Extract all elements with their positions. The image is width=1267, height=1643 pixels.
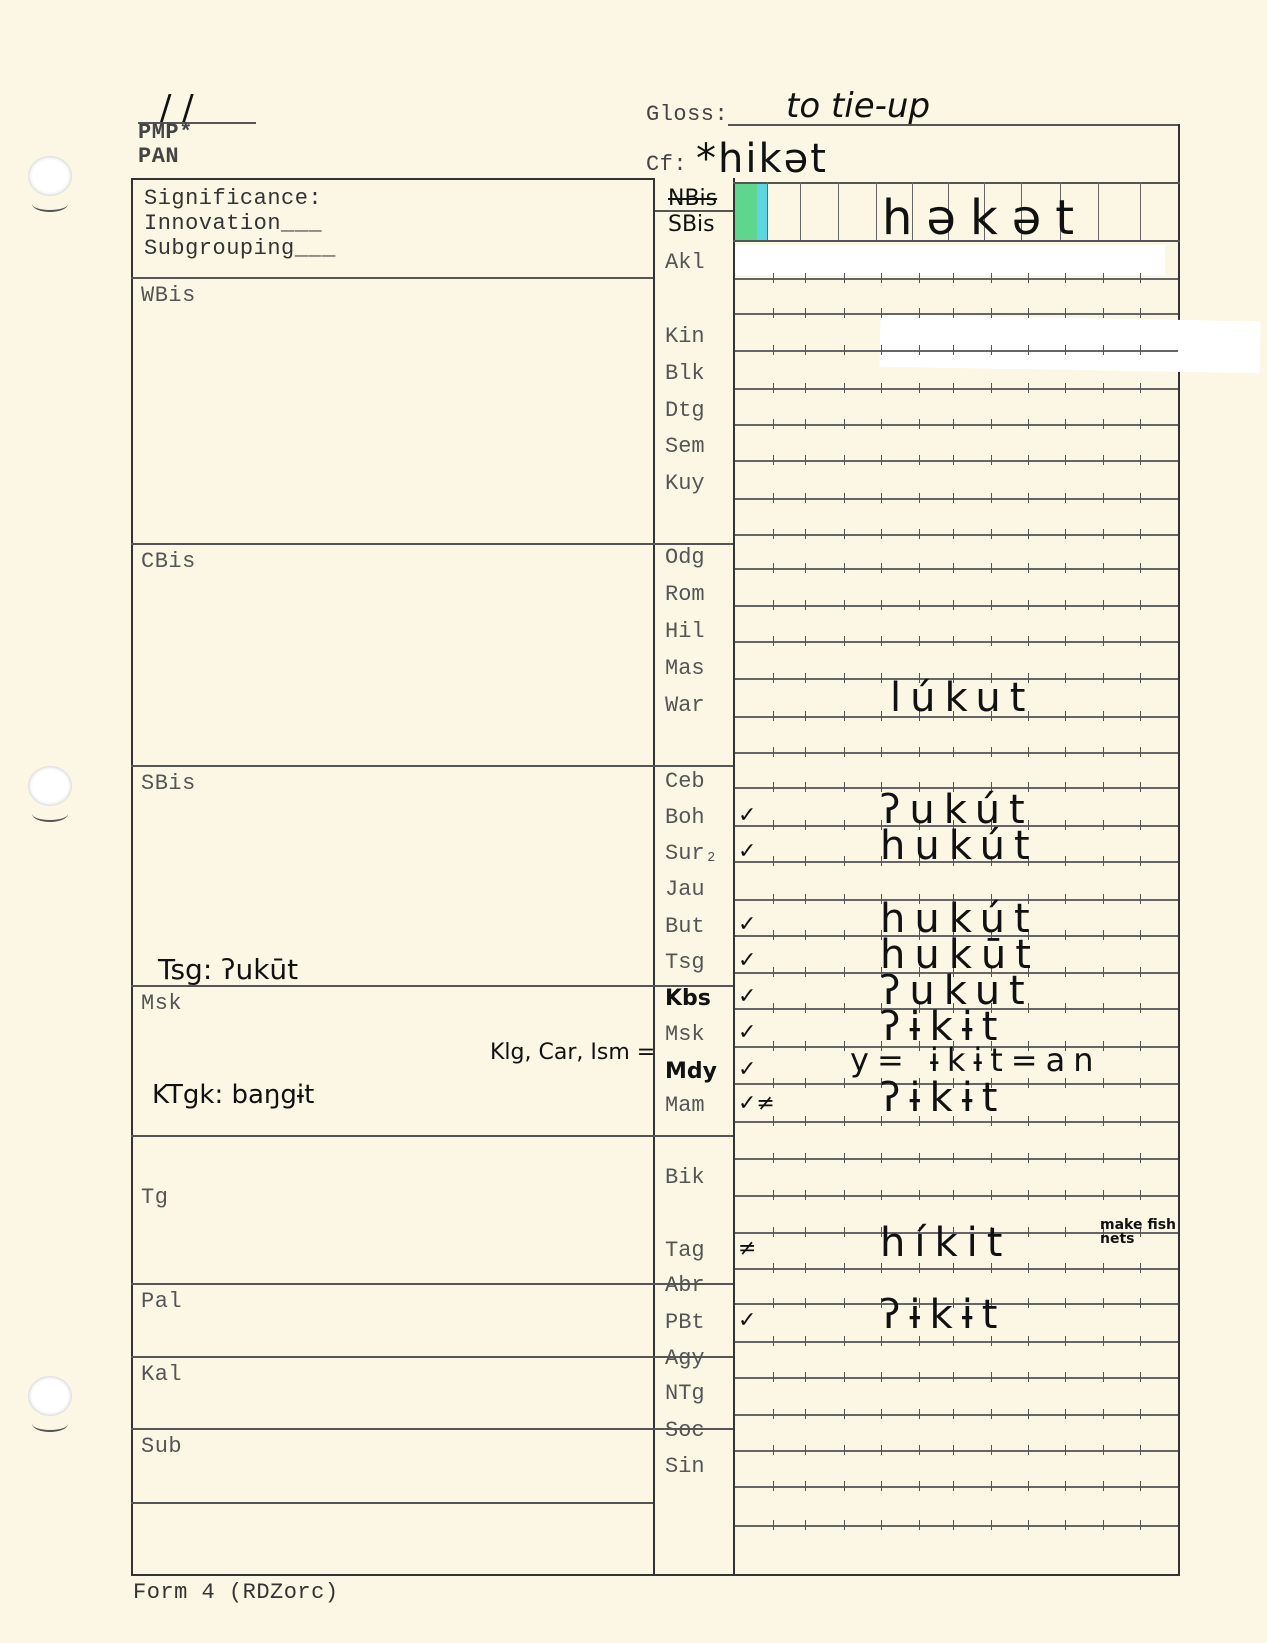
- top-row-form[interactable]: həkət: [882, 190, 1088, 246]
- ruled-tick: [881, 1520, 882, 1530]
- ruled-tick: [1103, 711, 1104, 721]
- section-note[interactable]: Tsg: ʔukūt: [158, 953, 298, 986]
- ruled-tick: [805, 1481, 806, 1491]
- ruled-tick: [881, 383, 882, 393]
- ruled-tick: [953, 345, 954, 355]
- reflex-form[interactable]: lúkut: [890, 675, 1034, 721]
- ruled-tick: [1065, 529, 1066, 539]
- ruled-tick: [805, 1298, 806, 1308]
- ruled-tick: [1028, 308, 1029, 318]
- ruled-tick: [1103, 600, 1104, 610]
- ruled-line: [735, 1268, 1178, 1270]
- ruled-tick: [1065, 747, 1066, 757]
- ruled-tick: [953, 493, 954, 503]
- ruled-tick: [773, 383, 774, 393]
- language-code: Tag: [665, 1238, 735, 1263]
- ruled-tick: [1028, 273, 1029, 283]
- check-mark-icon[interactable]: ≠: [738, 1236, 756, 1261]
- ruled-tick: [1065, 273, 1066, 283]
- ruled-tick: [805, 1078, 806, 1088]
- ruled-tick: [1065, 1190, 1066, 1200]
- ruled-tick: [991, 1520, 992, 1530]
- ruled-tick: [844, 1372, 845, 1382]
- ruled-tick: [953, 600, 954, 610]
- ruled-tick: [953, 308, 954, 318]
- ruled-tick: [1065, 1116, 1066, 1126]
- ruled-tick: [919, 529, 920, 539]
- ruled-tick: [805, 711, 806, 721]
- ruled-tick: [953, 1481, 954, 1491]
- check-mark-icon[interactable]: ✓: [738, 912, 756, 937]
- ruled-tick: [919, 1190, 920, 1200]
- language-code: Sur₂: [665, 841, 735, 866]
- ruled-tick: [991, 308, 992, 318]
- ruled-tick: [1103, 1445, 1104, 1455]
- ruled-tick: [805, 308, 806, 318]
- ruled-tick: [844, 856, 845, 866]
- ruled-tick: [991, 419, 992, 429]
- ruled-tick: [844, 1078, 845, 1088]
- ruled-tick: [1103, 455, 1104, 465]
- reflex-form[interactable]: ʔɨkɨt: [880, 1075, 1006, 1121]
- ruled-tick: [991, 747, 992, 757]
- ruled-tick: [919, 308, 920, 318]
- ruled-tick: [1140, 1481, 1141, 1491]
- ruled-tick: [919, 636, 920, 646]
- ruled-tick: [991, 345, 992, 355]
- ruled-tick: [1140, 563, 1141, 573]
- ruled-tick: [991, 493, 992, 503]
- ruled-tick: [844, 1227, 845, 1237]
- ruled-tick: [773, 419, 774, 429]
- ruled-tick: [1103, 1372, 1104, 1382]
- ruled-tick: [1028, 1263, 1029, 1273]
- binder-hole-shadow: [32, 196, 68, 212]
- ruled-tick: [881, 673, 882, 683]
- ruled-tick: [773, 930, 774, 940]
- ruled-tick: [773, 894, 774, 904]
- ruled-tick: [773, 308, 774, 318]
- ruled-tick: [1103, 856, 1104, 866]
- ruled-tick: [1028, 455, 1029, 465]
- ruled-tick: [919, 419, 920, 429]
- ruled-tick: [1103, 1190, 1104, 1200]
- ruled-tick: [1103, 1078, 1104, 1088]
- ruled-tick: [1103, 563, 1104, 573]
- ruled-tick: [844, 894, 845, 904]
- ruled-tick: [844, 711, 845, 721]
- language-code: Mdy: [665, 1059, 735, 1084]
- ruled-tick: [1028, 493, 1029, 503]
- grid-cell-divider: [1140, 182, 1141, 240]
- ruled-tick: [881, 308, 882, 318]
- language-code: Msk: [665, 1022, 735, 1047]
- form-footer-label: Form 4 (RDZorc): [133, 1580, 339, 1605]
- ruled-tick: [1103, 1153, 1104, 1163]
- gloss-note[interactable]: make fish nets: [1100, 1218, 1195, 1246]
- ruled-tick: [773, 1445, 774, 1455]
- ruled-tick: [1103, 419, 1104, 429]
- ruled-tick: [1103, 493, 1104, 503]
- grid-cell-divider: [767, 182, 768, 240]
- ruled-line: [735, 1525, 1178, 1527]
- ruled-tick: [991, 383, 992, 393]
- ruled-tick: [1065, 345, 1066, 355]
- check-mark-icon[interactable]: ✓: [738, 984, 756, 1009]
- ruled-tick: [1065, 930, 1066, 940]
- ruled-tick: [844, 563, 845, 573]
- ruled-tick: [773, 1263, 774, 1273]
- ruled-tick: [1140, 1190, 1141, 1200]
- ruled-tick: [919, 455, 920, 465]
- check-mark-icon[interactable]: ✓: [738, 839, 756, 864]
- innovation-field[interactable]: Innovation___: [144, 211, 322, 236]
- grid-cell-divider: [876, 182, 877, 240]
- ruled-tick: [881, 747, 882, 757]
- ruled-tick: [805, 455, 806, 465]
- ruled-tick: [953, 419, 954, 429]
- ruled-tick: [1103, 894, 1104, 904]
- ruled-tick: [1140, 820, 1141, 830]
- ruled-tick: [844, 1445, 845, 1455]
- ruled-tick: [1140, 1263, 1141, 1273]
- ruled-tick: [1028, 419, 1029, 429]
- binder-hole-top: [28, 156, 72, 196]
- ruled-tick: [991, 273, 992, 283]
- ruled-tick: [1140, 529, 1141, 539]
- ruled-tick: [805, 1336, 806, 1346]
- section-label: Msk: [141, 991, 182, 1016]
- check-mark-icon[interactable]: ✓: [738, 948, 756, 973]
- ruled-tick: [1065, 894, 1066, 904]
- subgrouping-field[interactable]: Subgrouping___: [144, 236, 336, 261]
- ruled-tick: [1140, 455, 1141, 465]
- ruled-tick: [805, 930, 806, 940]
- ruled-tick: [844, 345, 845, 355]
- ruled-tick: [1028, 1445, 1029, 1455]
- section-label: CBis: [141, 549, 196, 574]
- cf-value[interactable]: *hikət: [696, 136, 828, 182]
- ruled-tick: [1103, 1409, 1104, 1419]
- ruled-tick: [844, 782, 845, 792]
- ruled-tick: [1103, 383, 1104, 393]
- ruled-tick: [1028, 563, 1029, 573]
- ruled-tick: [773, 345, 774, 355]
- ruled-line: [735, 498, 1178, 500]
- check-mark-icon[interactable]: ✓≠: [738, 1091, 775, 1116]
- ruled-tick: [1140, 383, 1141, 393]
- ruled-tick: [805, 273, 806, 283]
- ruled-tick: [773, 636, 774, 646]
- section-label: Sub: [141, 1434, 182, 1459]
- gloss-label: Gloss:: [646, 102, 728, 127]
- ruled-tick: [1028, 747, 1029, 757]
- ruled-tick: [844, 273, 845, 283]
- ruled-tick: [805, 636, 806, 646]
- ruled-tick: [844, 1336, 845, 1346]
- ruled-tick: [844, 673, 845, 683]
- ruled-tick: [919, 273, 920, 283]
- section-note[interactable]: KTgk: baŋgɨt: [152, 1080, 314, 1110]
- gloss-value[interactable]: to tie-up: [786, 86, 930, 126]
- ruled-tick: [953, 747, 954, 757]
- ruled-tick: [1065, 711, 1066, 721]
- ruled-tick: [844, 419, 845, 429]
- ruled-tick: [919, 600, 920, 610]
- ruled-tick: [1140, 1116, 1141, 1126]
- language-code: Abr: [665, 1273, 735, 1298]
- ruled-tick: [1065, 1336, 1066, 1346]
- ruled-line: [735, 752, 1178, 754]
- ruled-tick: [881, 455, 882, 465]
- ruled-tick: [1065, 1078, 1066, 1088]
- language-code: Boh: [665, 805, 735, 830]
- ruled-tick: [881, 1190, 882, 1200]
- check-mark-icon[interactable]: ✓: [738, 803, 756, 828]
- ruled-tick: [844, 1003, 845, 1013]
- section-divider: [131, 1502, 653, 1504]
- ruled-tick: [1028, 1336, 1029, 1346]
- ruled-tick: [1065, 1227, 1066, 1237]
- ruled-tick: [919, 1445, 920, 1455]
- ruled-line: [735, 1121, 1178, 1123]
- ruled-tick: [805, 345, 806, 355]
- check-mark-icon[interactable]: ✓: [738, 1020, 756, 1045]
- ruled-tick: [919, 1409, 920, 1419]
- ruled-tick: [991, 455, 992, 465]
- ruled-tick: [881, 563, 882, 573]
- ruled-line: [735, 534, 1178, 536]
- ruled-tick: [1065, 1481, 1066, 1491]
- language-code: Tsg: [665, 950, 735, 975]
- ruled-tick: [844, 1153, 845, 1163]
- section-side-note[interactable]: Klg, Car, Ism =: [490, 1040, 655, 1065]
- ruled-tick: [805, 383, 806, 393]
- ruled-tick: [1028, 1372, 1029, 1382]
- ruled-tick: [1103, 930, 1104, 940]
- ruled-tick: [773, 455, 774, 465]
- ruled-tick: [844, 1481, 845, 1491]
- language-code: PBt: [665, 1310, 735, 1335]
- ruled-tick: [1103, 273, 1104, 283]
- ruled-tick: [805, 1153, 806, 1163]
- ruled-tick: [1065, 1003, 1066, 1013]
- reflex-form[interactable]: híkit: [880, 1220, 1011, 1266]
- ruled-tick: [953, 455, 954, 465]
- grid-cell-divider: [1098, 182, 1099, 240]
- reflex-form[interactable]: ʔɨkɨt: [880, 1292, 1006, 1338]
- ruled-tick: [919, 747, 920, 757]
- section-divider: [131, 1283, 733, 1285]
- ruled-tick: [773, 747, 774, 757]
- ruled-tick: [805, 1409, 806, 1419]
- ruled-tick: [805, 967, 806, 977]
- ruled-tick: [919, 563, 920, 573]
- ruled-tick: [1103, 820, 1104, 830]
- language-code: Mas: [665, 656, 735, 681]
- language-code: Kuy: [665, 471, 735, 496]
- grid-cell-divider: [800, 182, 801, 240]
- reflex-form[interactable]: hukút: [880, 823, 1039, 869]
- ruled-tick: [805, 1227, 806, 1237]
- ruled-tick: [805, 1003, 806, 1013]
- check-mark-icon[interactable]: ✓: [738, 1057, 756, 1082]
- section-divider: [131, 1428, 733, 1430]
- language-code: NTg: [665, 1381, 735, 1406]
- ruled-tick: [844, 747, 845, 757]
- ruled-tick: [1140, 894, 1141, 904]
- ruled-tick: [1103, 782, 1104, 792]
- ruled-tick: [881, 1481, 882, 1491]
- ruled-line: [735, 388, 1178, 390]
- ruled-line: [735, 1450, 1178, 1452]
- ruled-tick: [844, 930, 845, 940]
- ruled-tick: [1103, 673, 1104, 683]
- ruled-tick: [1103, 1116, 1104, 1126]
- ruled-tick: [1028, 345, 1029, 355]
- language-code: Dtg: [665, 398, 735, 423]
- ruled-tick: [1140, 1372, 1141, 1382]
- ruled-line: [735, 1341, 1178, 1343]
- ruled-tick: [844, 1409, 845, 1419]
- ruled-tick: [1028, 383, 1029, 393]
- ruled-tick: [1140, 711, 1141, 721]
- ruled-tick: [844, 1520, 845, 1530]
- ruled-tick: [773, 1190, 774, 1200]
- ruled-tick: [1140, 856, 1141, 866]
- section-divider: [131, 985, 733, 987]
- ruled-tick: [805, 563, 806, 573]
- ruled-tick: [881, 345, 882, 355]
- ruled-tick: [805, 1116, 806, 1126]
- ruled-tick: [991, 600, 992, 610]
- ruled-tick: [1028, 1153, 1029, 1163]
- section-label: Kal: [141, 1362, 182, 1387]
- ruled-tick: [1140, 308, 1141, 318]
- check-mark-icon[interactable]: ✓: [738, 1308, 756, 1333]
- ruled-tick: [881, 1445, 882, 1455]
- ruled-tick: [844, 820, 845, 830]
- ruled-line: [735, 1158, 1178, 1160]
- ruled-tick: [1103, 1481, 1104, 1491]
- ruled-tick: [773, 1041, 774, 1051]
- top-row-label-nbis: NBis: [668, 186, 717, 211]
- ruled-tick: [1140, 967, 1141, 977]
- ruled-tick: [1103, 1298, 1104, 1308]
- ruled-tick: [953, 1445, 954, 1455]
- ruled-tick: [1103, 308, 1104, 318]
- ruled-tick: [1028, 1481, 1029, 1491]
- ruled-tick: [1028, 1520, 1029, 1530]
- ruled-tick: [953, 563, 954, 573]
- ruled-tick: [1028, 1190, 1029, 1200]
- ruled-tick: [1065, 1445, 1066, 1455]
- pmp-label: PMP*: [138, 120, 193, 145]
- ruled-tick: [773, 1409, 774, 1419]
- ruled-tick: [844, 1116, 845, 1126]
- ruled-tick: [953, 1190, 954, 1200]
- ruled-tick: [805, 894, 806, 904]
- ruled-tick: [805, 747, 806, 757]
- ruled-tick: [919, 493, 920, 503]
- ruled-tick: [881, 600, 882, 610]
- ruled-tick: [1065, 1298, 1066, 1308]
- ruled-tick: [1140, 493, 1141, 503]
- ruled-tick: [1065, 856, 1066, 866]
- ruled-tick: [1065, 967, 1066, 977]
- ruled-tick: [953, 383, 954, 393]
- ruled-tick: [1103, 636, 1104, 646]
- language-code: Bik: [665, 1165, 735, 1190]
- ruled-tick: [1065, 419, 1066, 429]
- ruled-tick: [844, 1041, 845, 1051]
- ruled-tick: [919, 1520, 920, 1530]
- ruled-line: [735, 460, 1178, 462]
- ruled-tick: [991, 1409, 992, 1419]
- ruled-tick: [991, 1190, 992, 1200]
- binder-hole-shadow: [32, 806, 68, 822]
- language-code: Hil: [665, 619, 735, 644]
- language-code: But: [665, 914, 735, 939]
- ruled-tick: [881, 493, 882, 503]
- ruled-tick: [881, 273, 882, 283]
- ruled-tick: [1140, 747, 1141, 757]
- ruled-tick: [805, 529, 806, 539]
- ruled-tick: [1028, 636, 1029, 646]
- ruled-tick: [991, 1153, 992, 1163]
- ruled-tick: [844, 600, 845, 610]
- ruled-tick: [1140, 930, 1141, 940]
- ruled-tick: [881, 1409, 882, 1419]
- ruled-tick: [1140, 673, 1141, 683]
- ruled-line: [735, 605, 1178, 607]
- ruled-tick: [881, 711, 882, 721]
- ruled-tick: [844, 529, 845, 539]
- ruled-tick: [1103, 529, 1104, 539]
- pan-label: PAN: [138, 144, 179, 169]
- ruled-line: [735, 350, 1178, 352]
- section-label: SBis: [141, 771, 196, 796]
- ruled-tick: [773, 493, 774, 503]
- ruled-tick: [773, 1520, 774, 1530]
- language-code: Agy: [665, 1346, 735, 1371]
- ruled-tick: [1065, 1409, 1066, 1419]
- ruled-tick: [919, 383, 920, 393]
- ruled-tick: [1028, 600, 1029, 610]
- ruled-tick: [773, 600, 774, 610]
- ruled-tick: [919, 1481, 920, 1491]
- ruled-tick: [773, 1336, 774, 1346]
- grid-cell-divider: [838, 182, 839, 240]
- section-divider: [131, 543, 733, 545]
- reflex-form[interactable]: y= ɨkɨt=an: [850, 1041, 1101, 1079]
- frame-col-divider: [653, 178, 655, 1576]
- ruled-tick: [1140, 1041, 1141, 1051]
- language-code: Ceb: [665, 769, 735, 794]
- ruled-tick: [844, 636, 845, 646]
- ruled-tick: [773, 1372, 774, 1382]
- ruled-tick: [991, 636, 992, 646]
- ruled-tick: [1103, 1520, 1104, 1530]
- ruled-tick: [844, 455, 845, 465]
- ruled-tick: [1065, 1372, 1066, 1382]
- ruled-tick: [844, 493, 845, 503]
- ruled-tick: [805, 1520, 806, 1530]
- ruled-tick: [881, 636, 882, 646]
- ruled-tick: [1140, 1153, 1141, 1163]
- ruled-line: [735, 1486, 1178, 1488]
- language-code: War: [665, 693, 735, 718]
